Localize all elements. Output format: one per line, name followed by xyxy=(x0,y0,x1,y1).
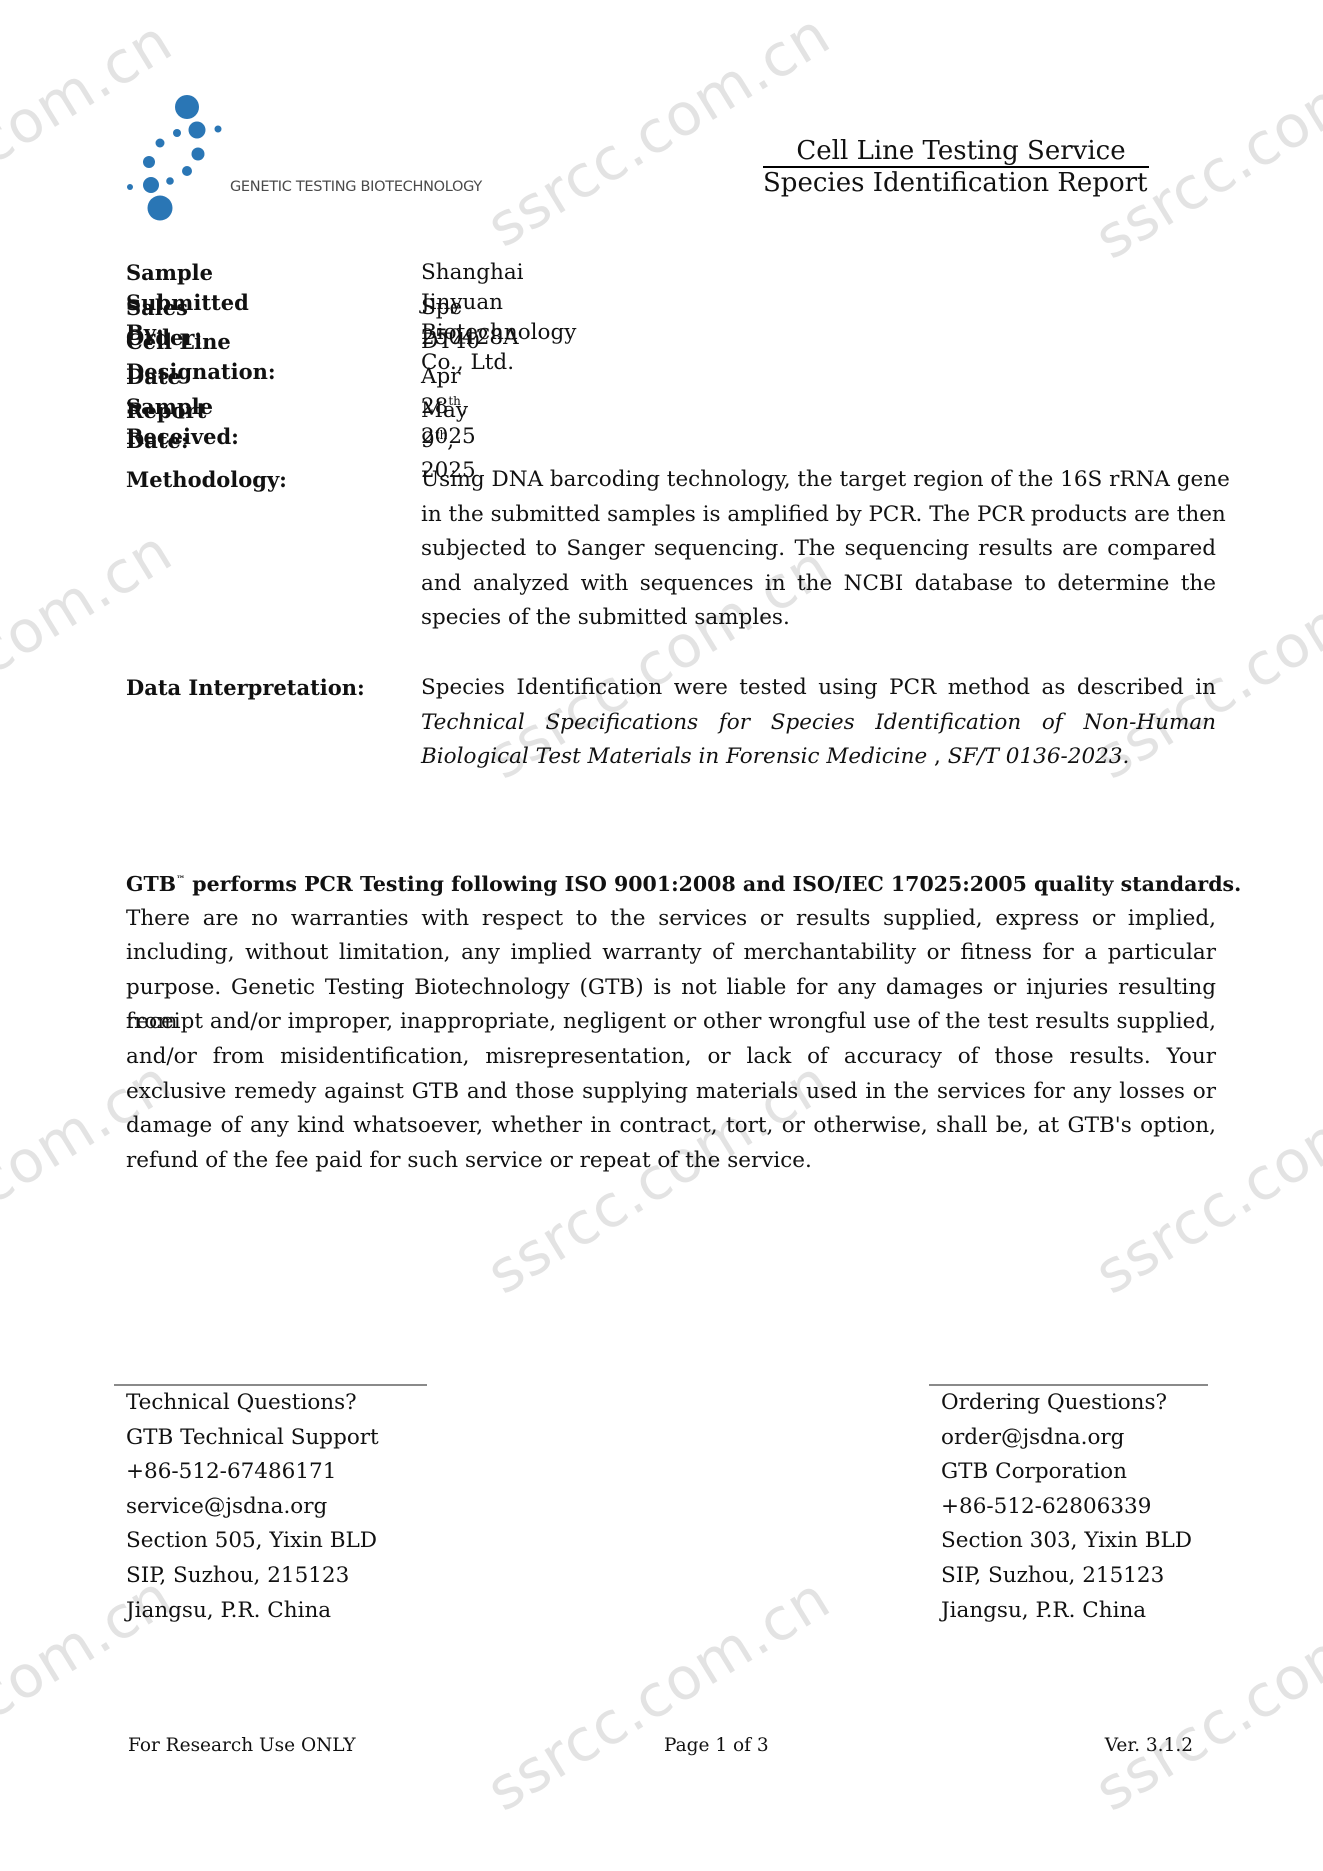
watermark: ssrcc.com.cn xyxy=(478,4,839,256)
technical-contact: Technical Questions? GTB Technical Suppo… xyxy=(114,1384,427,1628)
interpretation-text: Species Identification were tested using… xyxy=(421,671,1216,775)
contact-phone[interactable]: +86-512-62806339 xyxy=(941,1490,1208,1525)
contact-email[interactable]: service@jsdna.org xyxy=(126,1490,427,1525)
interpretation-label: Data Interpretation: xyxy=(126,673,365,703)
contact-name: GTB Corporation xyxy=(941,1455,1208,1490)
footer-usage-note: For Research Use ONLY xyxy=(128,1733,356,1759)
report-title: Species Identification Report xyxy=(763,168,1148,198)
contact-email[interactable]: order@jsdna.org xyxy=(941,1421,1208,1456)
contact-address: SIP, Suzhou, 215123 xyxy=(126,1559,427,1594)
contact-name: GTB Technical Support xyxy=(126,1421,427,1456)
contact-address: Section 303, Yixin BLD xyxy=(941,1524,1208,1559)
disclaimer: GTB™ performs PCR Testing following ISO … xyxy=(126,867,1216,1178)
contact-heading: Technical Questions? xyxy=(126,1386,427,1421)
company-logo: GENETIC TESTING BIOTECHNOLOGY xyxy=(120,90,520,230)
contact-heading: Ordering Questions? xyxy=(941,1386,1208,1421)
warranty-text: There are no warranties with respect to … xyxy=(126,902,1216,1179)
logo-wordmark: GENETIC TESTING BIOTECHNOLOGY xyxy=(230,179,482,195)
watermark: ssrcc.com.cn xyxy=(478,1568,839,1820)
standard-title: Technical Specifications for Species Ide… xyxy=(421,710,1216,735)
contact-phone[interactable]: +86-512-67486171 xyxy=(126,1455,427,1490)
ordering-contact: Ordering Questions? order@jsdna.org GTB … xyxy=(929,1384,1208,1628)
dna-dots-logo-icon xyxy=(120,90,230,230)
report-service-title: Cell Line Testing Service xyxy=(763,136,1149,168)
info-value: DT40 xyxy=(421,327,480,357)
methodology-text: Using DNA barcoding technology, the targ… xyxy=(421,463,1216,636)
contact-address: Section 505, Yixin BLD xyxy=(126,1524,427,1559)
methodology-label: Methodology: xyxy=(126,465,287,495)
contact-address: SIP, Suzhou, 215123 xyxy=(941,1559,1208,1594)
info-label: Report Date: xyxy=(126,396,206,456)
quality-statement: GTB™ performs PCR Testing following ISO … xyxy=(126,867,1216,902)
contact-address: Jiangsu, P.R. China xyxy=(126,1594,427,1629)
contact-address: Jiangsu, P.R. China xyxy=(941,1594,1208,1629)
footer-version: Ver. 3.1.2 xyxy=(1105,1733,1193,1759)
footer-page-number: Page 1 of 3 xyxy=(664,1733,769,1759)
standard-code: SF/T 0136-2023. xyxy=(948,744,1130,769)
watermark: ssrcc.com.cn xyxy=(0,521,181,773)
